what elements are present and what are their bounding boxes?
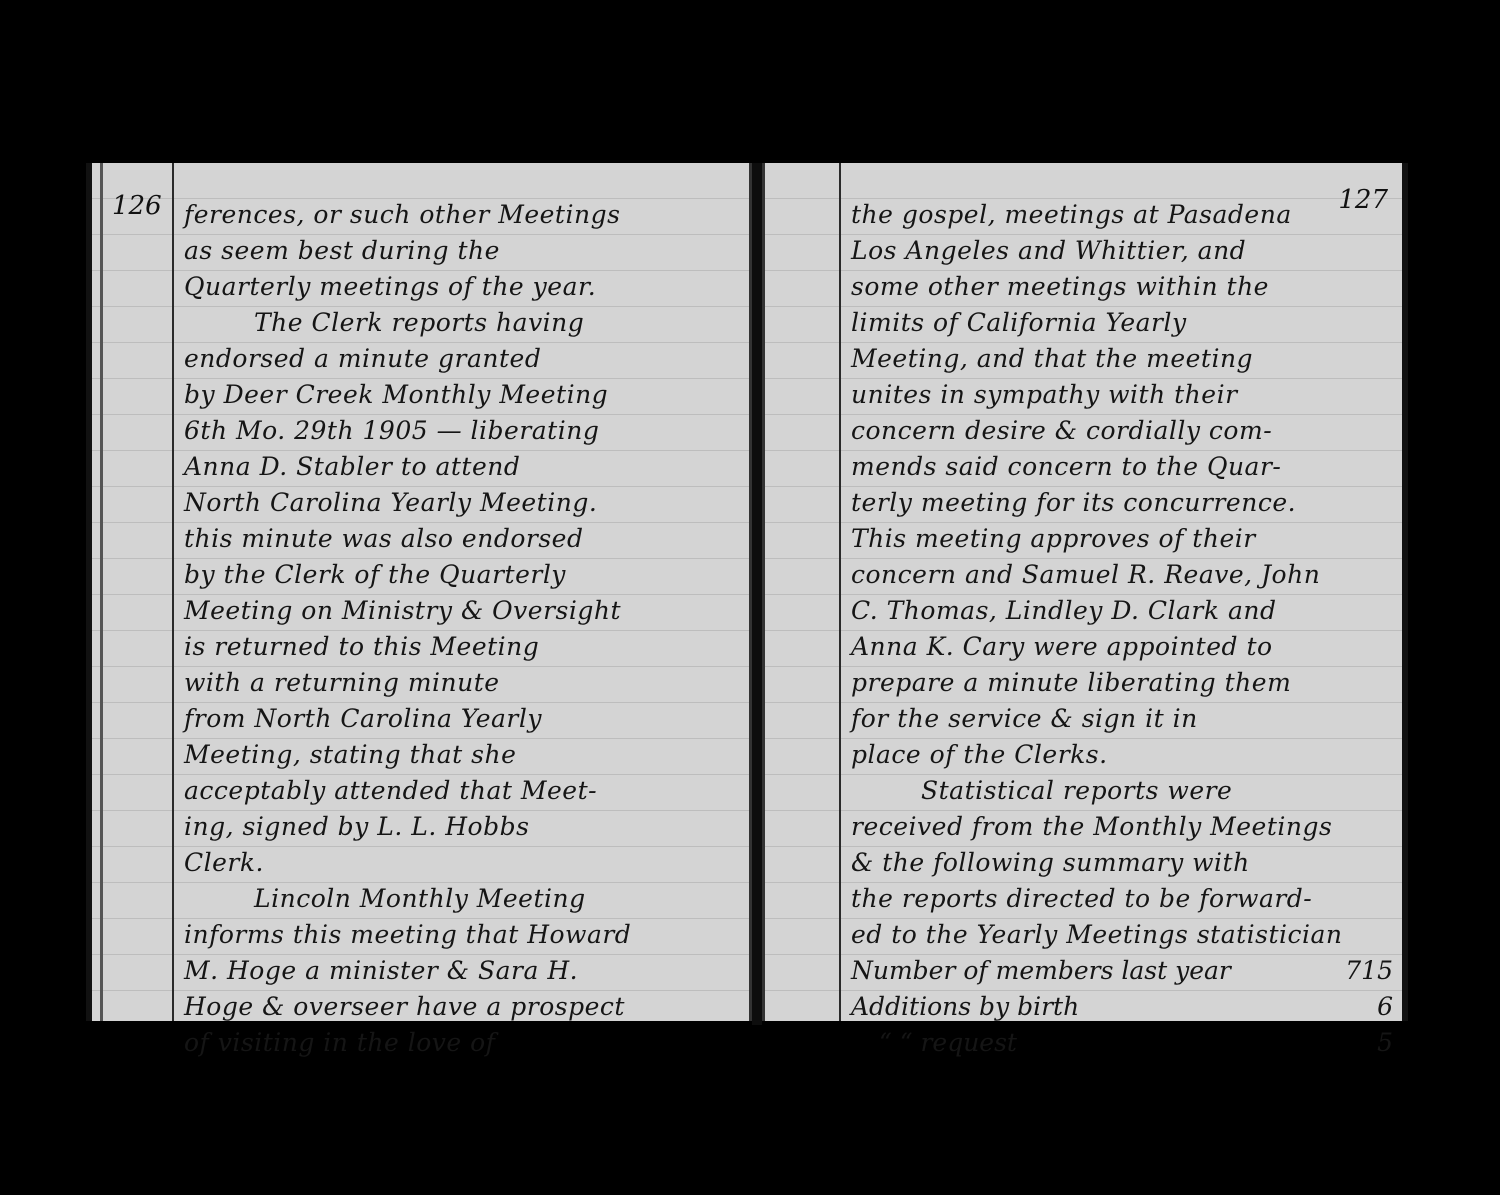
stat-label: Additions by birth: [851, 989, 1079, 1025]
text-line: by the Clerk of the Quarterly: [184, 557, 744, 593]
stat-row: Additions by birth 6: [851, 989, 1399, 1025]
book-gutter: [752, 163, 762, 1025]
paragraph-start-line: The Clerk reports having: [184, 305, 744, 341]
text-line: informs this meeting that Howard: [184, 917, 744, 953]
text-line: This meeting approves of their: [851, 521, 1399, 557]
text-line: Meeting, stating that she: [184, 737, 744, 773]
text-line: North Carolina Yearly Meeting.: [184, 485, 744, 521]
paragraph-start-line: Lincoln Monthly Meeting: [184, 881, 744, 917]
text-line: Meeting on Ministry & Oversight: [184, 593, 744, 629]
stat-value: 5: [1377, 1025, 1399, 1061]
text-line: Quarterly meetings of the year.: [184, 269, 744, 305]
text-line: ferences, or such other Meetings: [184, 197, 744, 233]
statistics-summary: Number of members last year 715 Addition…: [851, 953, 1399, 1061]
text-line: acceptably attended that Meet-: [184, 773, 744, 809]
text-line: Hoge & overseer have a prospect: [184, 989, 744, 1025]
text-line: the gospel, meetings at Pasadena: [851, 197, 1399, 233]
text-line: 6th Mo. 29th 1905 — liberating: [184, 413, 744, 449]
text-line: the reports directed to be forward-: [851, 881, 1399, 917]
text-line: place of the Clerks.: [851, 737, 1399, 773]
text-line: Los Angeles and Whittier, and: [851, 233, 1399, 269]
text-line: from North Carolina Yearly: [184, 701, 744, 737]
stat-label: Number of members last year: [851, 953, 1231, 989]
stat-label: “ “ request: [851, 1025, 1017, 1061]
handwritten-text-block: the gospel, meetings at Pasadena Los Ang…: [851, 197, 1399, 953]
page-number: 126: [112, 191, 162, 221]
text-line: limits of California Yearly: [851, 305, 1399, 341]
text-line: some other meetings within the: [851, 269, 1399, 305]
text-line: concern and Samuel R. Reave, John: [851, 557, 1399, 593]
right-page: 127 the gospel, meetings at Pasadena Los…: [762, 163, 1408, 1021]
handwritten-text-block: ferences, or such other Meetings as seem…: [184, 197, 744, 1061]
text-line: Meeting, and that the meeting: [851, 341, 1399, 377]
text-line: of visiting in the love of: [184, 1025, 744, 1061]
text-line: ing, signed by L. L. Hobbs: [184, 809, 744, 845]
open-ledger-book: 126 ferences, or such other Meetings as …: [86, 163, 1408, 1025]
text-line: ed to the Yearly Meetings statistician: [851, 917, 1399, 953]
text-line: C. Thomas, Lindley D. Clark and: [851, 593, 1399, 629]
text-line: as seem best during the: [184, 233, 744, 269]
text-line: received from the Monthly Meetings: [851, 809, 1399, 845]
binding-edge: [100, 163, 103, 1021]
stat-value: 6: [1377, 989, 1399, 1025]
text-line: mends said concern to the Quar-: [851, 449, 1399, 485]
text-line: Anna K. Cary were appointed to: [851, 629, 1399, 665]
text-line: & the following summary with: [851, 845, 1399, 881]
stat-row: “ “ request 5: [851, 1025, 1399, 1061]
stat-row: Number of members last year 715: [851, 953, 1399, 989]
text-line: M. Hoge a minister & Sara H.: [184, 953, 744, 989]
text-line: this minute was also endorsed: [184, 521, 744, 557]
text-line: is returned to this Meeting: [184, 629, 744, 665]
text-line: Clerk.: [184, 845, 744, 881]
text-line: concern desire & cordially com-: [851, 413, 1399, 449]
margin-rule: [172, 163, 174, 1021]
text-line: Anna D. Stabler to attend: [184, 449, 744, 485]
text-line: prepare a minute liberating them: [851, 665, 1399, 701]
paragraph-start-line: Statistical reports were: [851, 773, 1399, 809]
text-line: unites in sympathy with their: [851, 377, 1399, 413]
text-line: for the service & sign it in: [851, 701, 1399, 737]
stat-value: 715: [1345, 953, 1399, 989]
left-page: 126 ferences, or such other Meetings as …: [86, 163, 752, 1021]
text-line: by Deer Creek Monthly Meeting: [184, 377, 744, 413]
text-line: endorsed a minute granted: [184, 341, 744, 377]
text-line: terly meeting for its concurrence.: [851, 485, 1399, 521]
text-line: with a returning minute: [184, 665, 744, 701]
margin-rule: [839, 163, 841, 1021]
